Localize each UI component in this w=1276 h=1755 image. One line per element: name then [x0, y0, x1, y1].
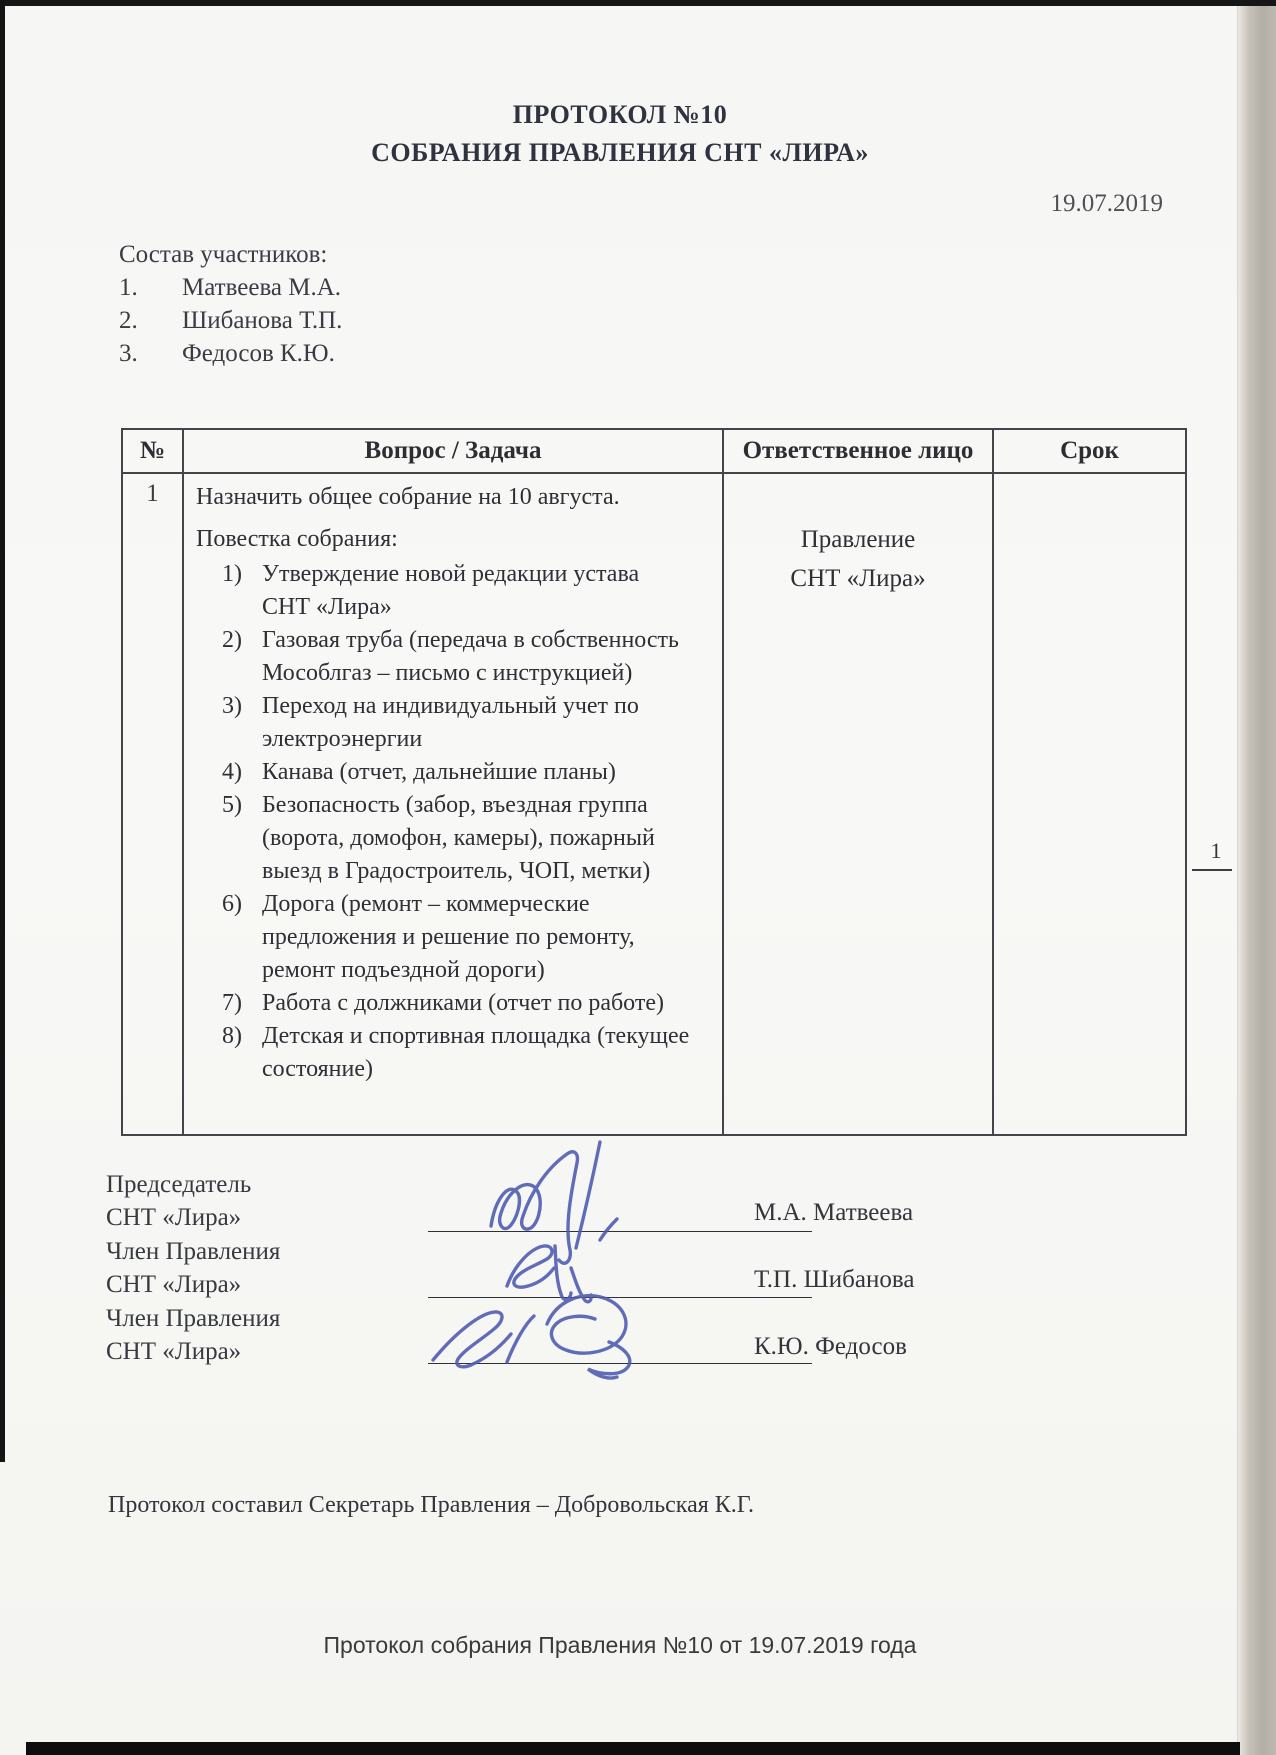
task-cell: Назначить общее собрание на 10 августа. … [183, 473, 723, 1135]
term-cell [993, 473, 1186, 1135]
document-date: 19.07.2019 [880, 190, 1163, 218]
signer-name: М.А. Матвеева [754, 1199, 913, 1227]
agenda-item: 2) Газовая труба (передача в собственнос… [196, 624, 714, 690]
agenda-item: 7) Работа с должниками (отчет по работе) [196, 987, 714, 1020]
participants-block: Состав участников: 1. Матвеева М.А. 2. Ш… [119, 238, 342, 370]
signer-name: К.Ю. Федосов [754, 1333, 907, 1361]
agenda-item-number: 8) [222, 1020, 262, 1081]
agenda-item-number: 4) [222, 756, 262, 789]
agenda-item-text: Газовая труба (передача в собственность … [262, 624, 679, 690]
scanned-protocol-page: ПРОТОКОЛ №10 СОБРАНИЯ ПРАВЛЕНИЯ СНТ «ЛИР… [0, 0, 1276, 1755]
signer-name: Т.П. Шибанова [754, 1266, 914, 1294]
agenda-heading: Повестка собрания: [196, 522, 714, 556]
participant-name: Матвеева М.А. [182, 271, 341, 304]
page-footer: Протокол собрания Правления №10 от 19.07… [0, 1632, 1240, 1659]
composed-by-note: Протокол составил Секретарь Правления – … [108, 1492, 754, 1519]
agenda-table: № Вопрос / Задача Ответственное лицо Сро… [121, 428, 1187, 1136]
title-line-2: СОБРАНИЯ ПРАВЛЕНИЯ СНТ «ЛИРА» [0, 134, 1240, 172]
page-number: 1 [1196, 838, 1236, 864]
header-responsible: Ответственное лицо [723, 429, 993, 473]
signer-role-line: СНТ «Лира» [106, 1201, 280, 1234]
agenda-item-number: 6) [222, 888, 262, 987]
participant-row: 2. Шибанова Т.П. [119, 304, 342, 337]
participants-heading: Состав участников: [119, 238, 342, 271]
header-term: Срок [993, 429, 1186, 473]
agenda-item: 4) Канава (отчет, дальнейшие планы) [196, 756, 714, 789]
agenda-item-number: 5) [222, 789, 262, 888]
signature-roles: Председатель СНТ «Лира» Член Правления С… [106, 1168, 280, 1368]
task-intro: Назначить общее собрание на 10 августа. [196, 480, 714, 514]
participant-name: Шибанова Т.П. [182, 304, 342, 337]
agenda-item-text: Работа с должниками (отчет по работе) [262, 987, 664, 1020]
scan-edge-top [0, 0, 1276, 6]
participant-row: 3. Федосов К.Ю. [119, 337, 342, 370]
agenda-item-number: 3) [222, 690, 262, 756]
agenda-item: 3) Переход на индивидуальный учет по эле… [196, 690, 714, 756]
row-number-cell: 1 [122, 473, 183, 1135]
table-row: 1 Назначить общее собрание на 10 августа… [122, 473, 1186, 1135]
title-line-1: ПРОТОКОЛ №10 [0, 96, 1240, 134]
signer-role-line: Председатель [106, 1168, 280, 1201]
agenda-item: 6) Дорога (ремонт – коммерческие предлож… [196, 888, 714, 987]
agenda-item-number: 1) [222, 558, 262, 624]
scanner-background-band [1237, 0, 1276, 1755]
agenda-item-text: Канава (отчет, дальнейшие планы) [262, 756, 616, 789]
signer-role-line: СНТ «Лира» [106, 1268, 280, 1301]
agenda-item-text: Дорога (ремонт – коммерческие предложени… [262, 888, 635, 987]
signature-ink-fedosov [433, 1312, 534, 1367]
participant-number: 3. [119, 337, 182, 370]
agenda-item-text: Детская и спортивная площадка (текущее с… [262, 1020, 689, 1081]
table-header-row: № Вопрос / Задача Ответственное лицо Сро… [122, 429, 1186, 473]
scan-edge-bottom [26, 1742, 1240, 1755]
header-number: № [122, 429, 183, 473]
signer-role-line: Член Правления [106, 1302, 280, 1335]
participant-name: Федосов К.Ю. [182, 337, 335, 370]
agenda-item: 1) Утверждение новой редакции устава СНТ… [196, 558, 714, 624]
signer-role-line: СНТ «Лира» [106, 1335, 280, 1368]
handwritten-signatures [395, 1128, 725, 1398]
agenda-item: 8) Детская и спортивная площадка (текуще… [196, 1020, 714, 1081]
signature-ink-shibanova-tick [600, 1219, 617, 1240]
agenda-item-number: 2) [222, 624, 262, 690]
document-title: ПРОТОКОЛ №10 СОБРАНИЯ ПРАВЛЕНИЯ СНТ «ЛИР… [0, 96, 1240, 172]
participant-row: 1. Матвеева М.А. [119, 271, 342, 304]
agenda-item-text: Утверждение новой редакции устава СНТ «Л… [262, 558, 639, 624]
participant-number: 1. [119, 271, 182, 304]
agenda-item-text: Переход на индивидуальный учет по электр… [262, 690, 639, 756]
participant-number: 2. [119, 304, 182, 337]
agenda-item-text: Безопасность (забор, въездная группа (во… [262, 789, 655, 888]
responsible-line-2: СНТ «Лира» [725, 559, 991, 598]
scan-edge-left [0, 0, 5, 1462]
signature-ink-shibanova [507, 1246, 591, 1302]
signature-ink-matveeva-stroke [576, 1142, 600, 1248]
signer-role-line: Член Правления [106, 1235, 280, 1268]
agenda-item-number: 7) [222, 987, 262, 1020]
page-number-underline [1192, 869, 1232, 871]
responsible-cell: Правление СНТ «Лира» [723, 473, 993, 1135]
signature-ink-matveeva [491, 1152, 577, 1263]
header-task: Вопрос / Задача [183, 429, 723, 473]
agenda-item: 5) Безопасность (забор, въездная группа … [196, 789, 714, 888]
responsible-line-1: Правление [725, 520, 991, 559]
